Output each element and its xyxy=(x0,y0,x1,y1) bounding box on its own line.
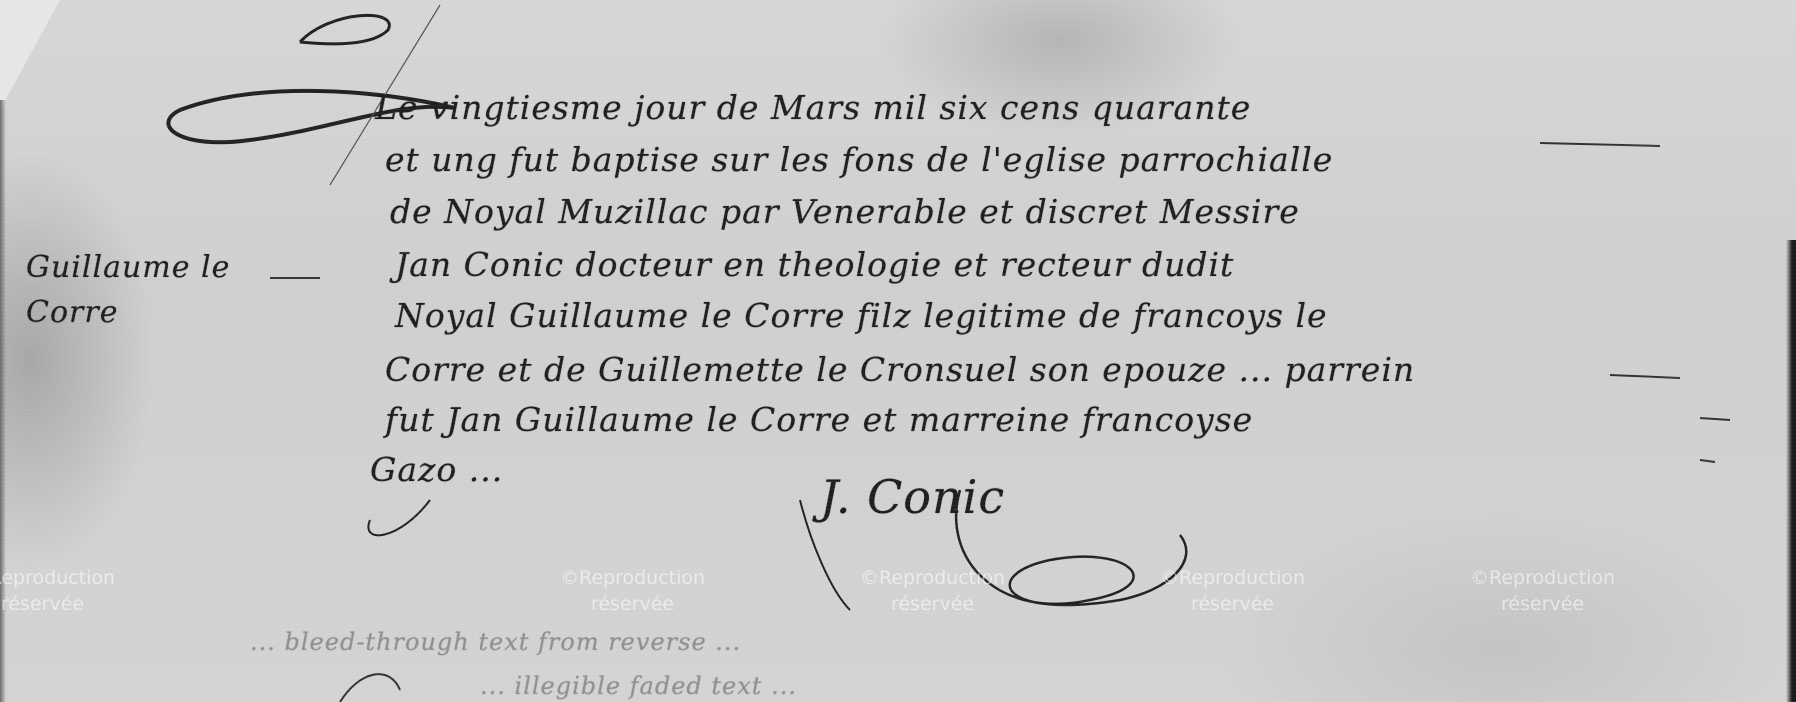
entry-line-8: Gazo ... xyxy=(370,450,503,489)
watermark-line-2: réservée xyxy=(0,591,115,617)
watermark-line-2: réservée xyxy=(860,591,1005,617)
watermark-line-1: ©Reproduction xyxy=(1160,565,1305,591)
watermark: ©Reproduction réservée xyxy=(560,565,705,617)
faded-text-line-1: ... bleed-through text from reverse ... xyxy=(250,628,741,656)
entry-line-5: Noyal Guillaume le Corre filz legitime d… xyxy=(395,296,1328,335)
entry-line-3: de Noyal Muzillac par Venerable et discr… xyxy=(390,192,1300,231)
entry-line-2: et ung fut baptise sur les fons de l'egl… xyxy=(385,140,1333,179)
watermark: ©Reproduction réservée xyxy=(860,565,1005,617)
watermark-line-1: ©Reproduction xyxy=(0,565,115,591)
watermark-line-1: ©Reproduction xyxy=(860,565,1005,591)
watermark-line-1: ©Reproduction xyxy=(1470,565,1615,591)
watermark-line-2: réservée xyxy=(1470,591,1615,617)
watermark-line-2: réservée xyxy=(560,591,705,617)
faded-text-line-2: ... illegible faded text ... xyxy=(480,672,797,700)
watermark: ©Reproduction réservée xyxy=(0,565,115,617)
signature: J. Conic xyxy=(820,470,1005,524)
watermark-line-1: ©Reproduction xyxy=(560,565,705,591)
margin-name-line-2: Corre xyxy=(26,295,118,330)
watermark: ©Reproduction réservée xyxy=(1470,565,1615,617)
entry-line-1: Le vingtiesme jour de Mars mil six cens … xyxy=(375,88,1251,127)
watermark-line-2: réservée xyxy=(1160,591,1305,617)
entry-line-4: Jan Conic docteur en theologie et recteu… xyxy=(395,245,1234,284)
manuscript-page: Guillaume le Corre Le vingtiesme jour de… xyxy=(0,0,1796,702)
entry-line-7: fut Jan Guillaume le Corre et marreine f… xyxy=(385,400,1253,439)
entry-line-6: Corre et de Guillemette le Cronsuel son … xyxy=(385,350,1415,389)
margin-name-line-1: Guillaume le xyxy=(26,250,230,285)
watermark: ©Reproduction réservée xyxy=(1160,565,1305,617)
